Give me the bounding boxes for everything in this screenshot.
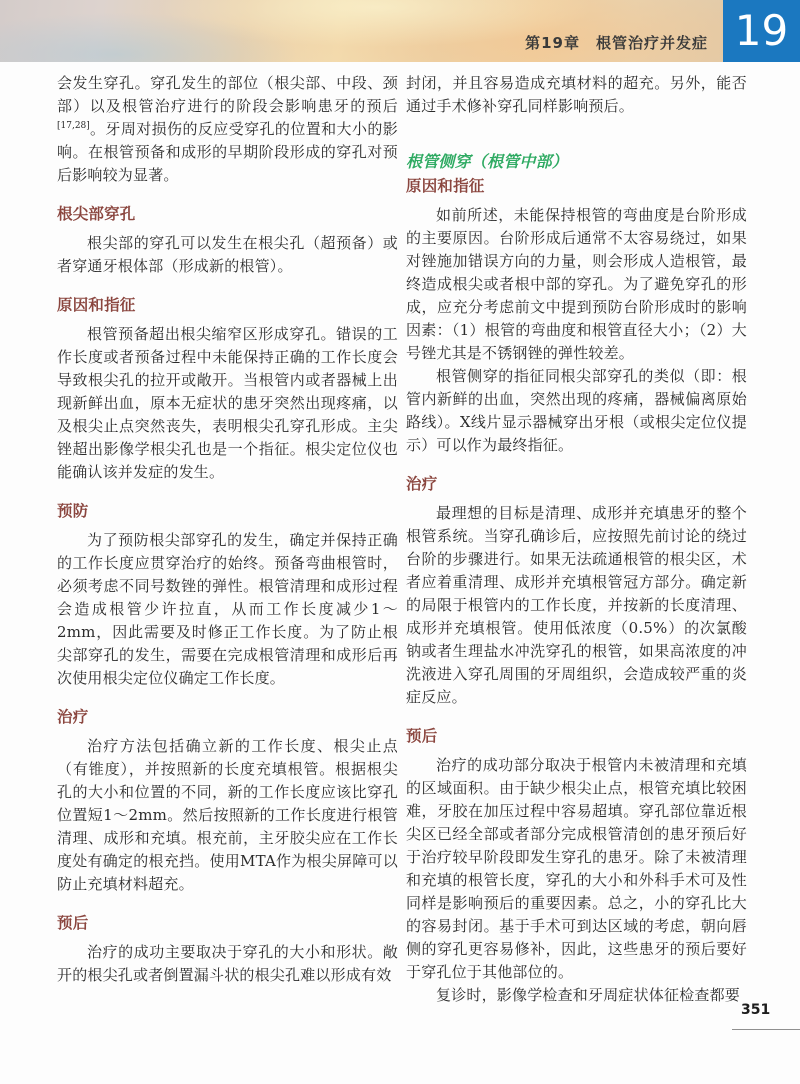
reference-citation: [17,28]	[57, 121, 90, 131]
subheading-treatment-left: 治疗	[57, 706, 398, 729]
paragraph-causes-right-2: 根管侧穿的指征同根尖部穿孔的类似（即：根管内新鲜的出血，突然出现的疼痛，器械偏离…	[406, 365, 747, 457]
section-heading-apical-perforation: 根尖部穿孔	[57, 203, 398, 226]
paragraph-causes-right-1: 如前所述，未能保持根管的弯曲度是台阶形成的主要原因。台阶形成后通常不太容易绕过，…	[406, 204, 747, 365]
page-number: 351	[741, 1002, 770, 1018]
paragraph-prognosis-left: 治疗的成功主要取决于穿孔的大小和形状。敞开的根尖孔或者倒置漏斗状的根尖孔难以形成…	[57, 941, 398, 987]
carryover-text-before-ref: 会发生穿孔。穿孔发生的部位（根尖部、中段、颈部）以及根管治疗进行的阶段会影响患牙…	[57, 74, 398, 115]
chapter-number: 19	[735, 10, 788, 52]
subheading-treatment-right: 治疗	[406, 473, 747, 496]
right-column: 封闭，并且容易造成充填材料的超充。另外，能否通过手术修补穿孔同样影响预后。 根管…	[406, 72, 747, 1007]
paragraph-carryover-right: 封闭，并且容易造成充填材料的超充。另外，能否通过手术修补穿孔同样影响预后。	[406, 72, 747, 118]
paragraph-prevention: 为了预防根尖部穿孔的发生，确定并保持正确的工作长度应贯穿治疗的始终。预备弯曲根管…	[57, 529, 398, 690]
carryover-text-after-ref: 。牙周对损伤的反应受穿孔的位置和大小的影响。在根管预备和成形的早期阶段形成的穿孔…	[57, 120, 398, 184]
section-heading-lateral-perforation: 根管侧穿（根管中部）	[406, 150, 747, 173]
subheading-causes-left: 原因和指征	[57, 294, 398, 317]
paragraph-causes-left: 根管预备超出根尖缩窄区形成穿孔。错误的工作长度或者预备过程中未能保持正确的工作长…	[57, 323, 398, 484]
subheading-prevention: 预防	[57, 500, 398, 523]
left-column: 会发生穿孔。穿孔发生的部位（根尖部、中段、颈部）以及根管治疗进行的阶段会影响患牙…	[57, 72, 398, 987]
paragraph-treatment-left: 治疗方法包括确立新的工作长度、根尖止点（有锥度），并按照新的长度充填根管。根据根…	[57, 735, 398, 896]
book-page: 第19章 根管治疗并发症 19 会发生穿孔。穿孔发生的部位（根尖部、中段、颈部）…	[0, 0, 800, 1084]
paragraph-apical-intro: 根尖部的穿孔可以发生在根尖孔（超预备）或者穿通牙根体部（形成新的根管）。	[57, 232, 398, 278]
paragraph-treatment-right: 最理想的目标是清理、成形并充填患牙的整个根管系统。当穿孔确诊后，应按照先前讨论的…	[406, 502, 747, 709]
subheading-prognosis-left: 预后	[57, 912, 398, 935]
carryover-paragraph: 会发生穿孔。穿孔发生的部位（根尖部、中段、颈部）以及根管治疗进行的阶段会影响患牙…	[57, 72, 398, 187]
paragraph-prognosis-right-2: 复诊时，影像学检查和牙周症状体征检查都要	[406, 984, 747, 1007]
subheading-prognosis-right: 预后	[406, 725, 747, 748]
chapter-number-tab: 19	[723, 0, 800, 62]
paragraph-prognosis-right-1: 治疗的成功部分取决于根管内未被清理和充填的区域面积。由于缺少根尖止点，根管充填比…	[406, 754, 747, 984]
chapter-header-label: 第19章 根管治疗并发症	[525, 32, 708, 53]
subheading-causes-right: 原因和指征	[406, 175, 747, 198]
footer-rule	[732, 1029, 800, 1030]
